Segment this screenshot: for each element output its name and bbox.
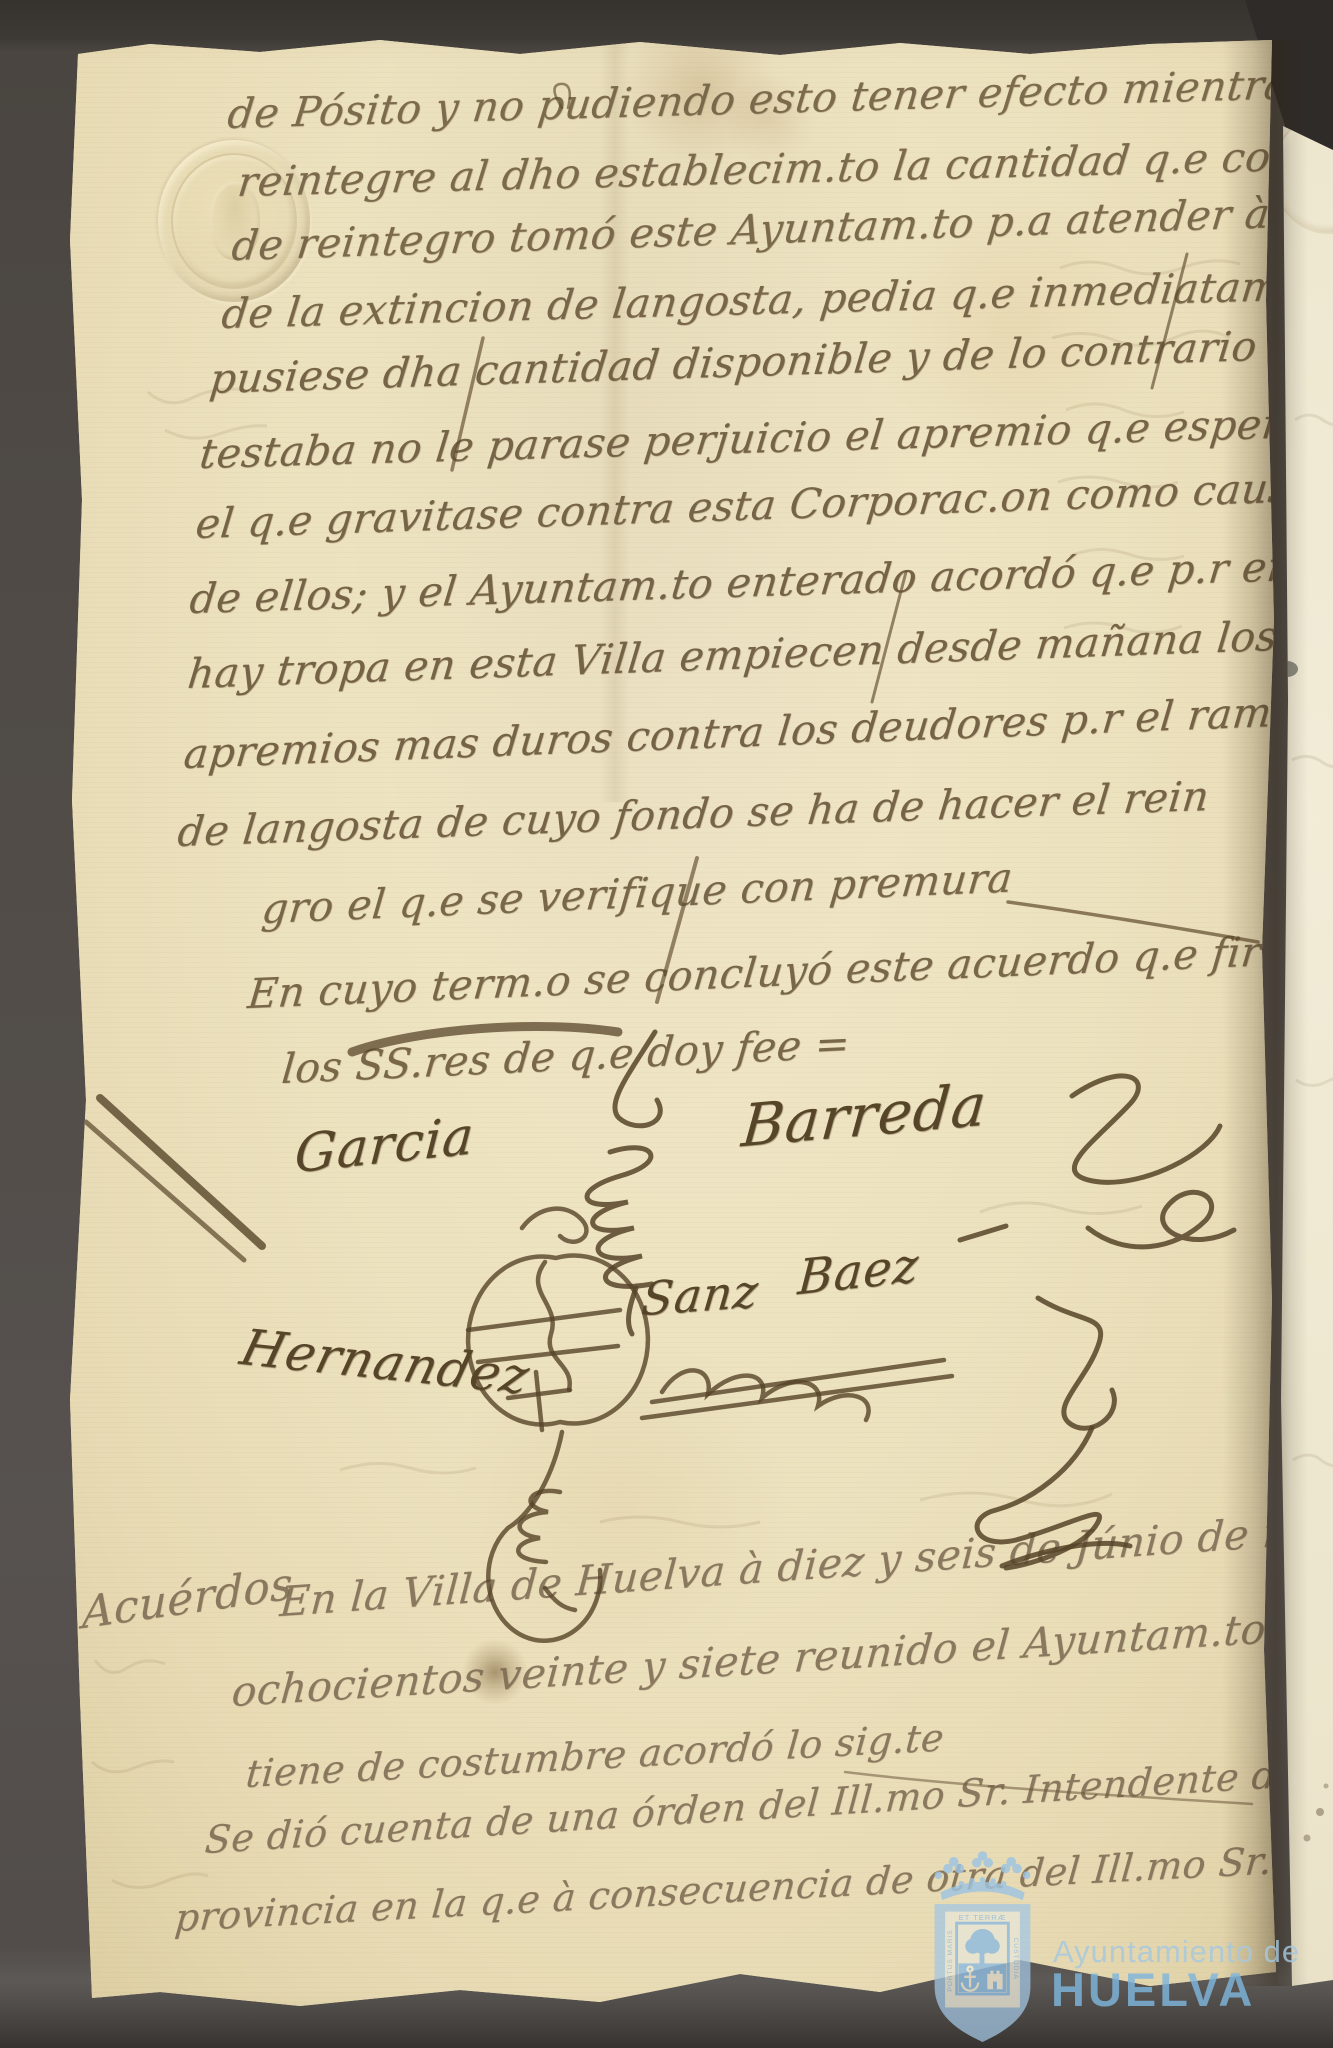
- signature-garcia: Garcia: [293, 1106, 476, 1186]
- manuscript-line: testaba no le parase perjuicio el apremi…: [197, 399, 1309, 478]
- manuscript-line: hay tropa en esta Villa empiecen desde m…: [185, 612, 1280, 698]
- manuscript-line: gro el q.e se verifique con premura: [260, 853, 1015, 933]
- manuscript-line: los SS.res de q.e doy fee =: [280, 1019, 853, 1093]
- acuerdos-margin-label: Acuérdos: [82, 1558, 293, 1639]
- signature-barreda: Barreda: [739, 1070, 990, 1160]
- signature-sanz: Sanz: [639, 1264, 761, 1327]
- signature-baez: Baez: [796, 1237, 921, 1306]
- manuscript-line: apremios mas duros contra los deudores p…: [182, 687, 1300, 778]
- manuscript-line: de Pósito y no pudiendo esto tener efect…: [225, 58, 1333, 138]
- scanned-manuscript-photo: de Pósito y no pudiendo esto tener efect…: [0, 0, 1333, 2048]
- manuscript-page: de Pósito y no pudiendo esto tener efect…: [0, 0, 1333, 2048]
- acuerdos-line: En la Villa de Huelva à diez y seis de J…: [278, 1504, 1330, 1626]
- signature-hernandez: Hernandez: [235, 1319, 536, 1406]
- manuscript-line: de ellos; y el Ayuntam.to enterado acord…: [187, 540, 1333, 623]
- manuscript-line: de langosta de cuyo fondo se ha de hacer…: [175, 772, 1211, 856]
- manuscript-line: En cuyo term.o se concluyó este acuerdo …: [246, 922, 1333, 1018]
- page-gutter-shadow: [1222, 40, 1308, 1986]
- manuscript-line: el q.e gravitase contra esta Corporac.on…: [193, 461, 1333, 549]
